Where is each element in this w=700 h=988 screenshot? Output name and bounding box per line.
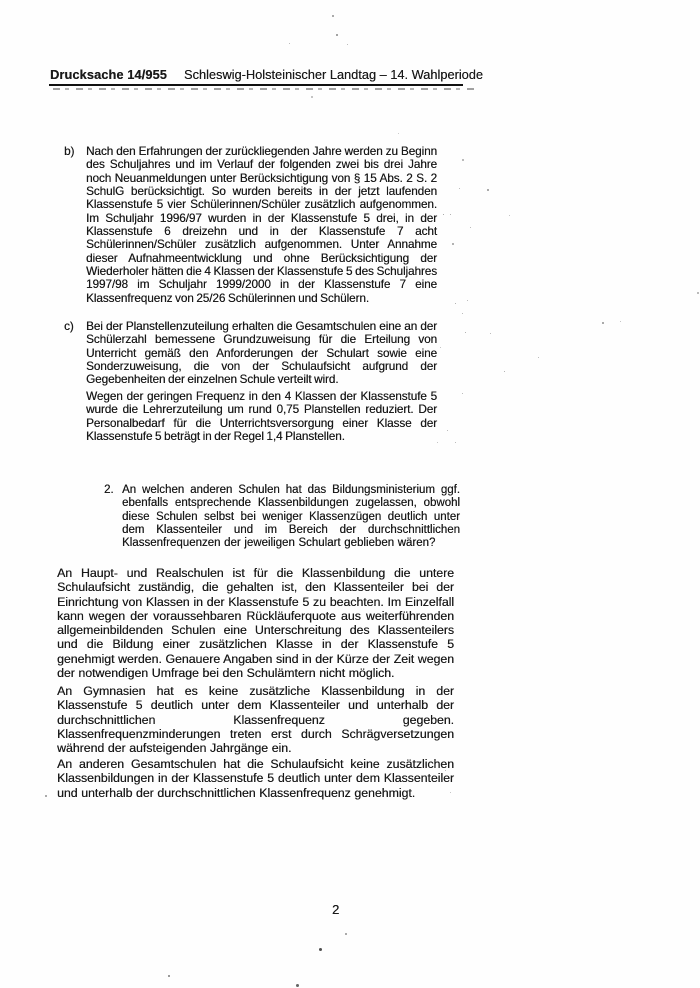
paragraph-text: Nach den Erfahrungen der zurückliegenden…: [86, 145, 437, 305]
paragraph-text: An Haupt- und Realschulen ist für die Kl…: [57, 566, 454, 680]
scan-speck: [398, 133, 399, 134]
scan-speck: [311, 96, 313, 98]
scan-speck: [490, 333, 491, 334]
document-page: Drucksache 14/955Schleswig-Holsteinische…: [0, 0, 700, 988]
scan-speck: [450, 214, 451, 215]
scan-speck: [336, 34, 338, 36]
scan-speck: [459, 188, 460, 189]
scan-speck: [296, 984, 299, 987]
scan-speck: [455, 442, 456, 443]
scan-speck: [347, 44, 348, 45]
scan-speck: [470, 227, 471, 228]
paragraph-text: An Gymnasien hat es keine zusätzliche Kl…: [57, 684, 454, 755]
question-number: 2.: [104, 484, 114, 497]
scan-speck: [289, 43, 290, 44]
paragraph-item-c-continued: Wegen der geringen Frequenz in den 4 Kla…: [86, 390, 437, 443]
header-rule-scan-shadow: [53, 88, 477, 90]
scan-speck: [447, 430, 448, 431]
question-text: An welchen anderen Schulen hat das Bildu…: [122, 484, 460, 550]
page-header: Drucksache 14/955Schleswig-Holsteinische…: [50, 66, 470, 84]
scan-speck: [697, 292, 699, 294]
scan-speck: [602, 322, 604, 324]
scan-speck: [538, 357, 539, 358]
item-label-b: b): [64, 145, 74, 158]
paragraph-item-c: c) Bei der Planstellenzuteilung erhalten…: [86, 320, 437, 387]
question-2: 2. An welchen anderen Schulen hat das Bi…: [122, 484, 460, 550]
document-title: Schleswig-Holsteinischer Landtag – 14. W…: [184, 67, 483, 82]
scan-speck: [620, 321, 621, 322]
scan-speck: [487, 189, 489, 191]
answer-paragraph-2: An Gymnasien hat es keine zusätzliche Kl…: [57, 684, 454, 755]
item-label-c: c): [64, 320, 74, 333]
scan-speck: [462, 159, 464, 161]
scan-speck: [319, 948, 322, 951]
answer-paragraph-1: An Haupt- und Realschulen ist für die Kl…: [57, 566, 454, 680]
paragraph-text: Bei der Planstellenzuteilung erhalten di…: [86, 320, 437, 387]
scan-speck: [462, 313, 463, 314]
scan-speck: [465, 332, 466, 333]
page-number: 2: [332, 902, 339, 917]
scan-speck: [509, 215, 510, 216]
paragraph-text: An anderen Gesamtschulen hat die Schulau…: [57, 757, 454, 800]
scan-speck: [462, 393, 463, 394]
scan-speck: [332, 15, 334, 17]
scan-speck: [45, 795, 47, 797]
scan-speck: [452, 243, 454, 245]
document-id: Drucksache 14/955: [50, 67, 167, 82]
scan-speck: [467, 300, 468, 301]
paragraph-item-b: b) Nach den Erfahrungen der zurückliegen…: [86, 145, 437, 305]
scan-speck: [443, 214, 444, 215]
scan-speck: [440, 347, 441, 348]
scan-speck: [345, 933, 347, 935]
scan-speck: [455, 303, 456, 304]
scan-speck: [168, 975, 170, 977]
answer-paragraph-3: An anderen Gesamtschulen hat die Schulau…: [57, 757, 454, 800]
scan-speck: [437, 442, 438, 443]
paragraph-text: Wegen der geringen Frequenz in den 4 Kla…: [86, 390, 437, 443]
header-rule: [49, 84, 463, 86]
scan-speck: [504, 371, 505, 372]
